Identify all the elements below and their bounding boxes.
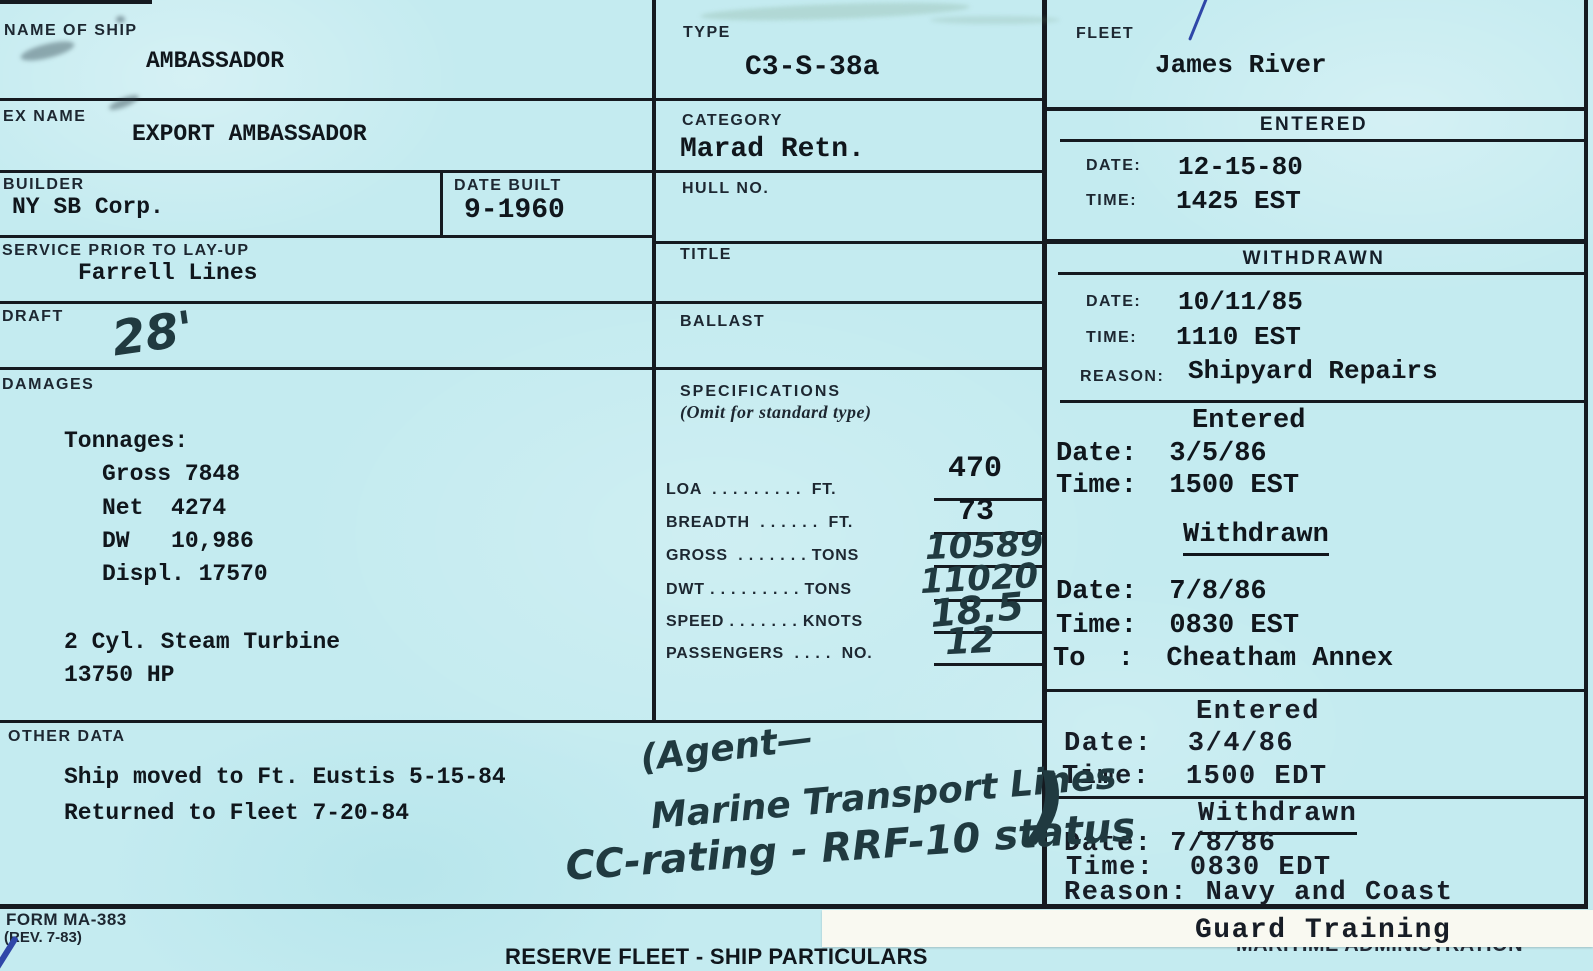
divider-line: [1042, 239, 1588, 244]
draft-handwritten-value: 28': [108, 301, 197, 368]
divider-line: [652, 0, 656, 722]
engine-line-2: 13750 HP: [64, 662, 174, 688]
agent-annotation-line-1: (Agent—: [638, 718, 815, 780]
withdrawn-time-label: TIME:: [1086, 329, 1137, 347]
name-of-ship-value: AMBASSADOR: [146, 48, 284, 74]
builder-value: NY SB Corp.: [12, 194, 164, 220]
date-built-value: 9-1960: [464, 195, 565, 226]
entered-time-label: TIME:: [1086, 192, 1137, 210]
divider-line: [0, 0, 152, 4]
ship-particulars-card: NAME OF SHIP AMBASSADOR EX NAME EXPORT A…: [0, 0, 1593, 971]
pen-mark: [1188, 0, 1209, 41]
other-data-label: OTHER DATA: [8, 728, 126, 746]
log-entry-line: Date: 7/8/86: [1056, 577, 1267, 607]
log-entry-line: Time: 1500 EST: [1056, 471, 1299, 501]
divider-line: [0, 367, 1046, 370]
log-entry-line: To : Cheatham Annex: [1053, 644, 1393, 674]
spec-row-gross: GROSS . . . . . . . TONS: [666, 547, 859, 565]
divider-line: [1060, 400, 1588, 403]
service-prior-label: SERVICE PRIOR TO LAY-UP: [2, 242, 250, 260]
withdrawn-date-value: 10/11/85: [1178, 287, 1303, 317]
fleet-value: James River: [1155, 50, 1327, 80]
withdrawn-reason-value: Shipyard Repairs: [1188, 356, 1438, 386]
withdrawn-section-header: WITHDRAWN: [1042, 248, 1586, 270]
entered-section-header: ENTERED: [1042, 114, 1586, 136]
ink-smudge: [107, 92, 140, 112]
date-built-label: DATE BUILT: [454, 177, 562, 195]
form-title: RESERVE FLEET - SHIP PARTICULARS: [505, 944, 928, 970]
ink-smudge: [19, 38, 76, 65]
divider-line: [1042, 107, 1588, 111]
spec-row-breadth: BREADTH . . . . . . FT.: [666, 514, 853, 532]
category-label: CATEGORY: [682, 112, 783, 130]
divider-line: [440, 171, 443, 238]
ex-name-label: EX NAME: [3, 108, 86, 126]
spec-value-breadth: 73: [958, 495, 994, 529]
specifications-note: (Omit for standard type): [680, 402, 872, 423]
engine-line-1: 2 Cyl. Steam Turbine: [64, 629, 340, 655]
category-value: Marad Retn.: [680, 134, 865, 165]
hull-no-label: HULL NO.: [682, 180, 769, 198]
spec-row-passengers: PASSENGERS . . . . NO.: [666, 645, 873, 663]
scan-smudge: [930, 16, 1060, 24]
tonnage-dw: DW 10,986: [102, 528, 254, 554]
divider-line: [0, 98, 1046, 101]
tonnages-header: Tonnages:: [64, 428, 188, 454]
tonnage-gross: Gross 7848: [102, 461, 240, 487]
entered-date-value: 12-15-80: [1178, 152, 1303, 182]
withdrawn-date-label: DATE:: [1086, 293, 1141, 311]
name-of-ship-label: NAME OF SHIP: [4, 22, 138, 40]
divider-line: [1058, 272, 1588, 275]
log-entry-line: Date: 3/5/86: [1056, 439, 1267, 469]
spec-row-speed: SPEED . . . . . . . KNOTS: [666, 613, 863, 631]
builder-label: BUILDER: [3, 176, 85, 194]
specifications-label: SPECIFICATIONS: [680, 383, 841, 401]
log-entry-title: Entered: [1192, 406, 1305, 436]
form-number: FORM MA-383: [6, 910, 127, 930]
title-label: TITLE: [680, 246, 732, 264]
service-prior-value: Farrell Lines: [78, 260, 257, 286]
type-label: TYPE: [683, 24, 731, 42]
spec-row-loa: LOA . . . . . . . . . FT.: [666, 481, 836, 499]
log-entry-title: Entered: [1196, 697, 1320, 727]
draft-label: DRAFT: [2, 308, 64, 326]
divider-line: [1060, 139, 1588, 142]
spec-row-dwt: DWT . . . . . . . . . TONS: [666, 581, 852, 599]
other-data-line-1: Ship moved to Ft. Eustis 5-15-84: [64, 764, 506, 790]
tonnage-displ: Displ. 17570: [102, 561, 268, 587]
withdrawn-reason-label: REASON:: [1080, 368, 1164, 386]
divider-line: [0, 720, 1046, 723]
pen-mark: [0, 936, 19, 971]
ex-name-value: EXPORT AMBASSADOR: [132, 121, 367, 147]
divider-line: [1042, 689, 1588, 692]
log-entry-title: Withdrawn: [1183, 520, 1329, 556]
divider-line: [0, 170, 1046, 173]
ink-smudge: [116, 16, 125, 23]
spec-value-rule: [934, 663, 1046, 666]
divider-line: [0, 235, 655, 238]
log-entry-line: Reason: Navy and Coast: [1064, 878, 1453, 908]
ballast-label: BALLAST: [680, 313, 765, 331]
spec-value-loa: 470: [948, 452, 1002, 486]
withdrawn-reason-continuation: Guard Training: [1195, 915, 1451, 946]
type-value: C3-S-38a: [745, 52, 879, 83]
damages-label: DAMAGES: [2, 376, 94, 394]
entered-date-label: DATE:: [1086, 157, 1141, 175]
fleet-label: FLEET: [1076, 25, 1134, 43]
divider-line: [652, 241, 1046, 244]
divider-line: [0, 301, 1046, 304]
spec-value-passengers-handwritten: 12: [944, 620, 996, 664]
log-entry-line: Time: 0830 EST: [1056, 611, 1299, 641]
entered-time-value: 1425 EST: [1176, 186, 1301, 216]
other-data-line-2: Returned to Fleet 7-20-84: [64, 800, 409, 826]
log-entry-line: Date: 3/4/86: [1064, 729, 1294, 759]
tonnage-net: Net 4274: [102, 495, 226, 521]
withdrawn-time-value: 1110 EST: [1176, 322, 1301, 352]
